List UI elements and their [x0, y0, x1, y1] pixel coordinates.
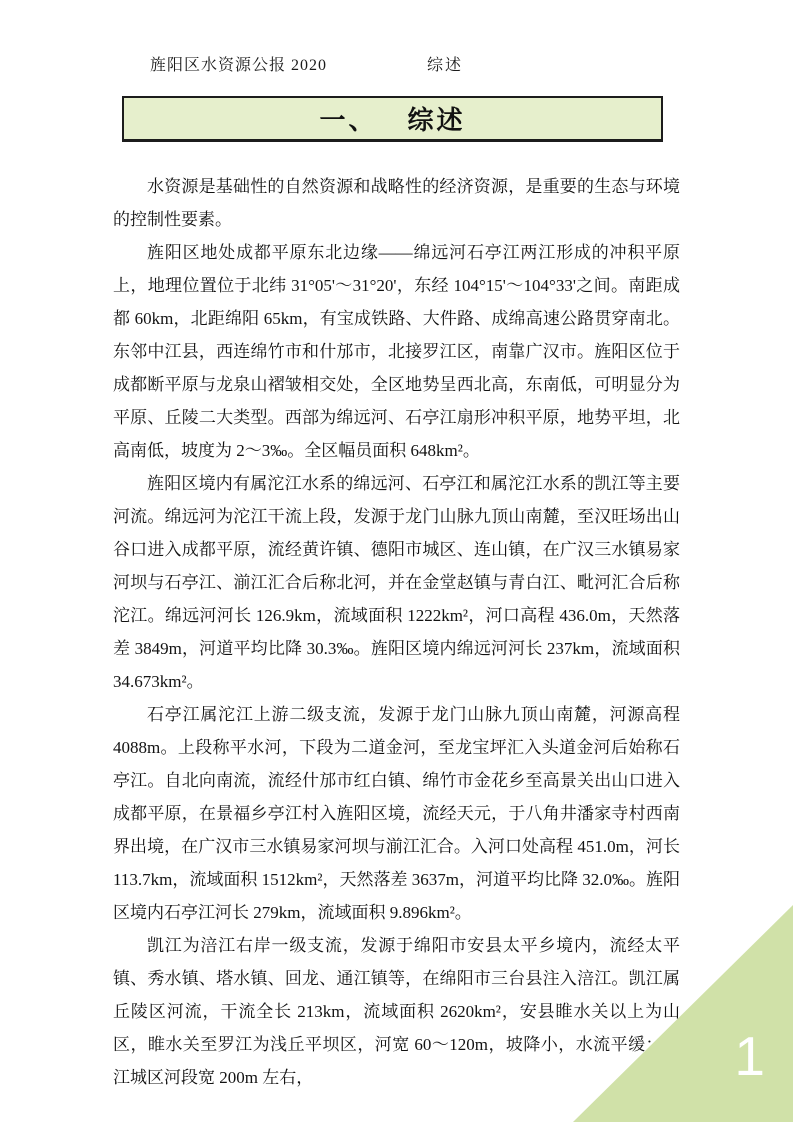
running-header-title: 旌阳区水资源公报 2020 — [150, 52, 327, 75]
running-header-section: 综述 — [427, 52, 463, 75]
section-banner: 一、 综述 — [122, 96, 663, 142]
section-number: 一、 — [319, 100, 377, 137]
section-title: 综述 — [408, 100, 466, 137]
paragraph-geography: 旌阳区地处成都平原东北边缘——绵远河石亭江两江形成的冲积平原上，地理位置位于北纬… — [113, 236, 680, 467]
paragraph-intro: 水资源是基础性的自然资源和战略性的经济资源，是重要的生态与环境的控制性要素。 — [113, 170, 680, 236]
paragraph-mianyuan-river: 旌阳区境内有属沱江水系的绵远河、石亭江和属沱江水系的凯江等主要河流。绵远河为沱江… — [113, 467, 680, 698]
paragraph-shiting-river: 石亭江属沱江上游二级支流，发源于龙门山脉九顶山南麓，河源高程 4088m。上段称… — [113, 698, 680, 929]
page-number: 1 — [734, 1029, 765, 1084]
document-page: 旌阳区水资源公报 2020 综述 一、 综述 水资源是基础性的自然资源和战略性的… — [0, 0, 793, 1122]
paragraph-kai-river: 凯江为涪江右岸一级支流，发源于绵阳市安县太平乡境内，流经太平镇、秀水镇、塔水镇、… — [113, 929, 680, 1094]
body-text: 水资源是基础性的自然资源和战略性的经济资源，是重要的生态与环境的控制性要素。 旌… — [113, 170, 680, 1094]
